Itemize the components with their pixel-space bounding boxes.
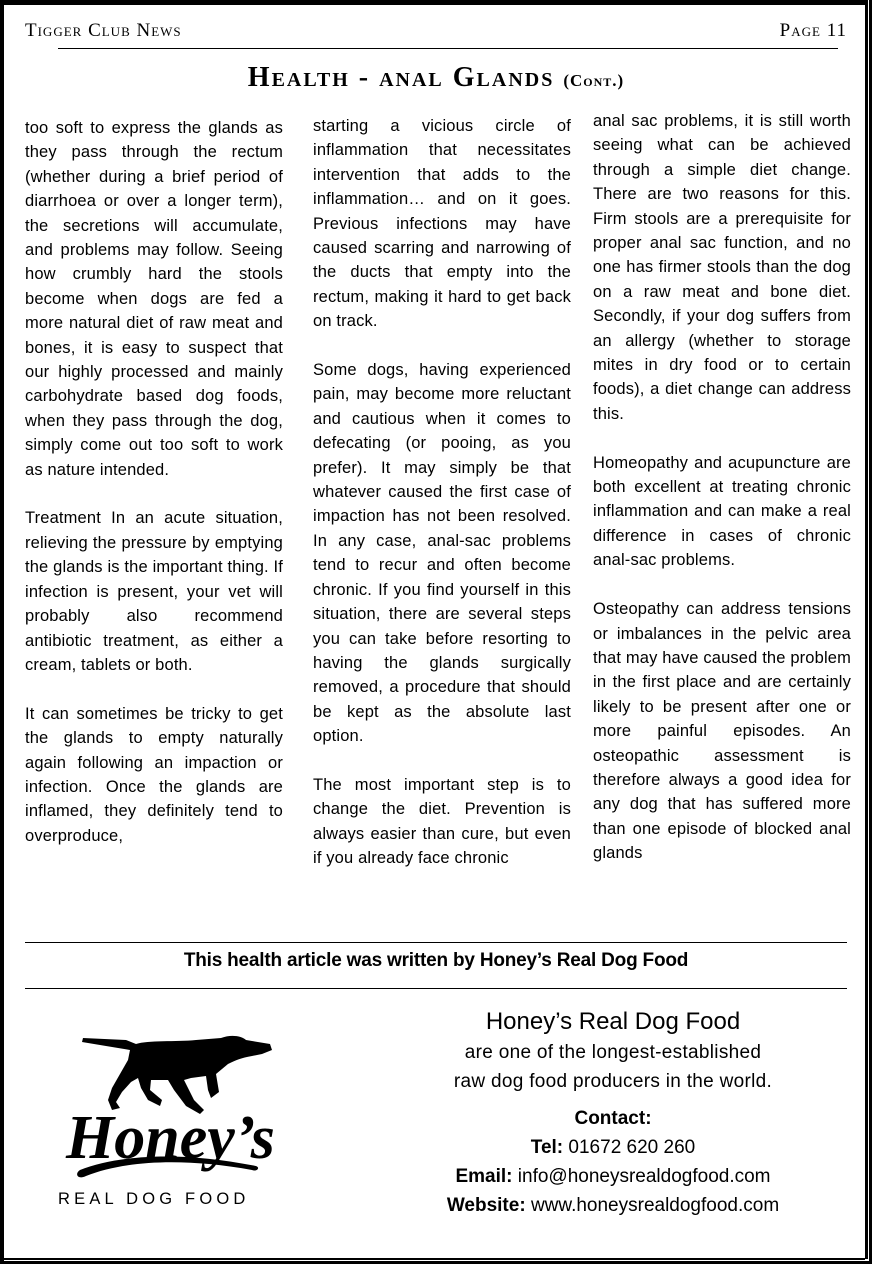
page-border-left: [0, 0, 4, 1264]
article-title-suffix: (Cont.): [563, 71, 624, 90]
email-label: Email:: [455, 1166, 512, 1187]
page-number: Page 11: [780, 20, 847, 42]
publication-name: Tigger Club News: [25, 20, 182, 42]
credit-divider-bottom: [25, 988, 847, 989]
email-value: info@honeysrealdogfood.com: [518, 1166, 771, 1187]
article-title: Health - anal Glands (Cont.): [0, 62, 872, 94]
running-header: Tigger Club News Page 11: [25, 20, 847, 44]
tel-value: 01672 620 260: [568, 1137, 695, 1158]
paragraph: It can sometimes be tricky to get the gl…: [25, 702, 283, 848]
logo-wordmark: REAL DOG FOOD: [58, 1190, 250, 1209]
website-value: www.honeysrealdogfood.com: [531, 1195, 779, 1216]
tel-label: Tel:: [531, 1137, 563, 1158]
honeys-logo: Honey’s REAL DOG FOOD: [56, 1030, 296, 1216]
paragraph: too soft to express the glands as they p…: [25, 116, 283, 482]
paragraph: Osteopathy can address tensions or imbal…: [593, 597, 851, 865]
paragraph: Homeopathy and acupuncture are both exce…: [593, 451, 851, 573]
paragraph: The most important step is to change the…: [313, 773, 571, 871]
company-tagline-line-2: raw dog food producers in the world.: [380, 1067, 846, 1096]
company-name: Honey’s Real Dog Food: [380, 1006, 846, 1038]
page-border-gap: [868, 0, 869, 1264]
company-info: Honey’s Real Dog Food are one of the lon…: [380, 1006, 846, 1220]
paragraph: anal sac problems, it is still worth see…: [593, 109, 851, 426]
credit-divider-top: [25, 942, 847, 943]
article-column-1: too soft to express the glands as they p…: [25, 116, 283, 848]
contact-email: Email: info@honeysrealdogfood.com: [380, 1162, 846, 1191]
page-border-bottom-inner: [4, 1258, 865, 1260]
article-credit: This health article was written by Honey…: [0, 950, 872, 972]
contact-website: Website: www.honeysrealdogfood.com: [380, 1191, 846, 1220]
article-column-2: starting a vicious circle of inflammatio…: [313, 114, 571, 871]
paragraph: Treatment In an acute situation, relievi…: [25, 506, 283, 677]
page-border-gap: [4, 1260, 865, 1261]
contact-heading: Contact:: [380, 1104, 846, 1133]
header-divider: [58, 48, 838, 49]
contact-tel: Tel: 01672 620 260: [380, 1133, 846, 1162]
dog-silhouette-icon: Honey’s: [56, 1030, 296, 1186]
page-border-top: [0, 0, 872, 5]
paragraph: Some dogs, having experienced pain, may …: [313, 358, 571, 749]
website-label: Website:: [447, 1195, 526, 1216]
paragraph: starting a vicious circle of inflammatio…: [313, 114, 571, 334]
company-tagline-line-1: are one of the longest-established: [380, 1038, 846, 1067]
article-column-3: anal sac problems, it is still worth see…: [593, 109, 851, 866]
article-title-text: Health - anal Glands: [248, 62, 555, 93]
page-border-right-inner: [865, 5, 868, 1259]
